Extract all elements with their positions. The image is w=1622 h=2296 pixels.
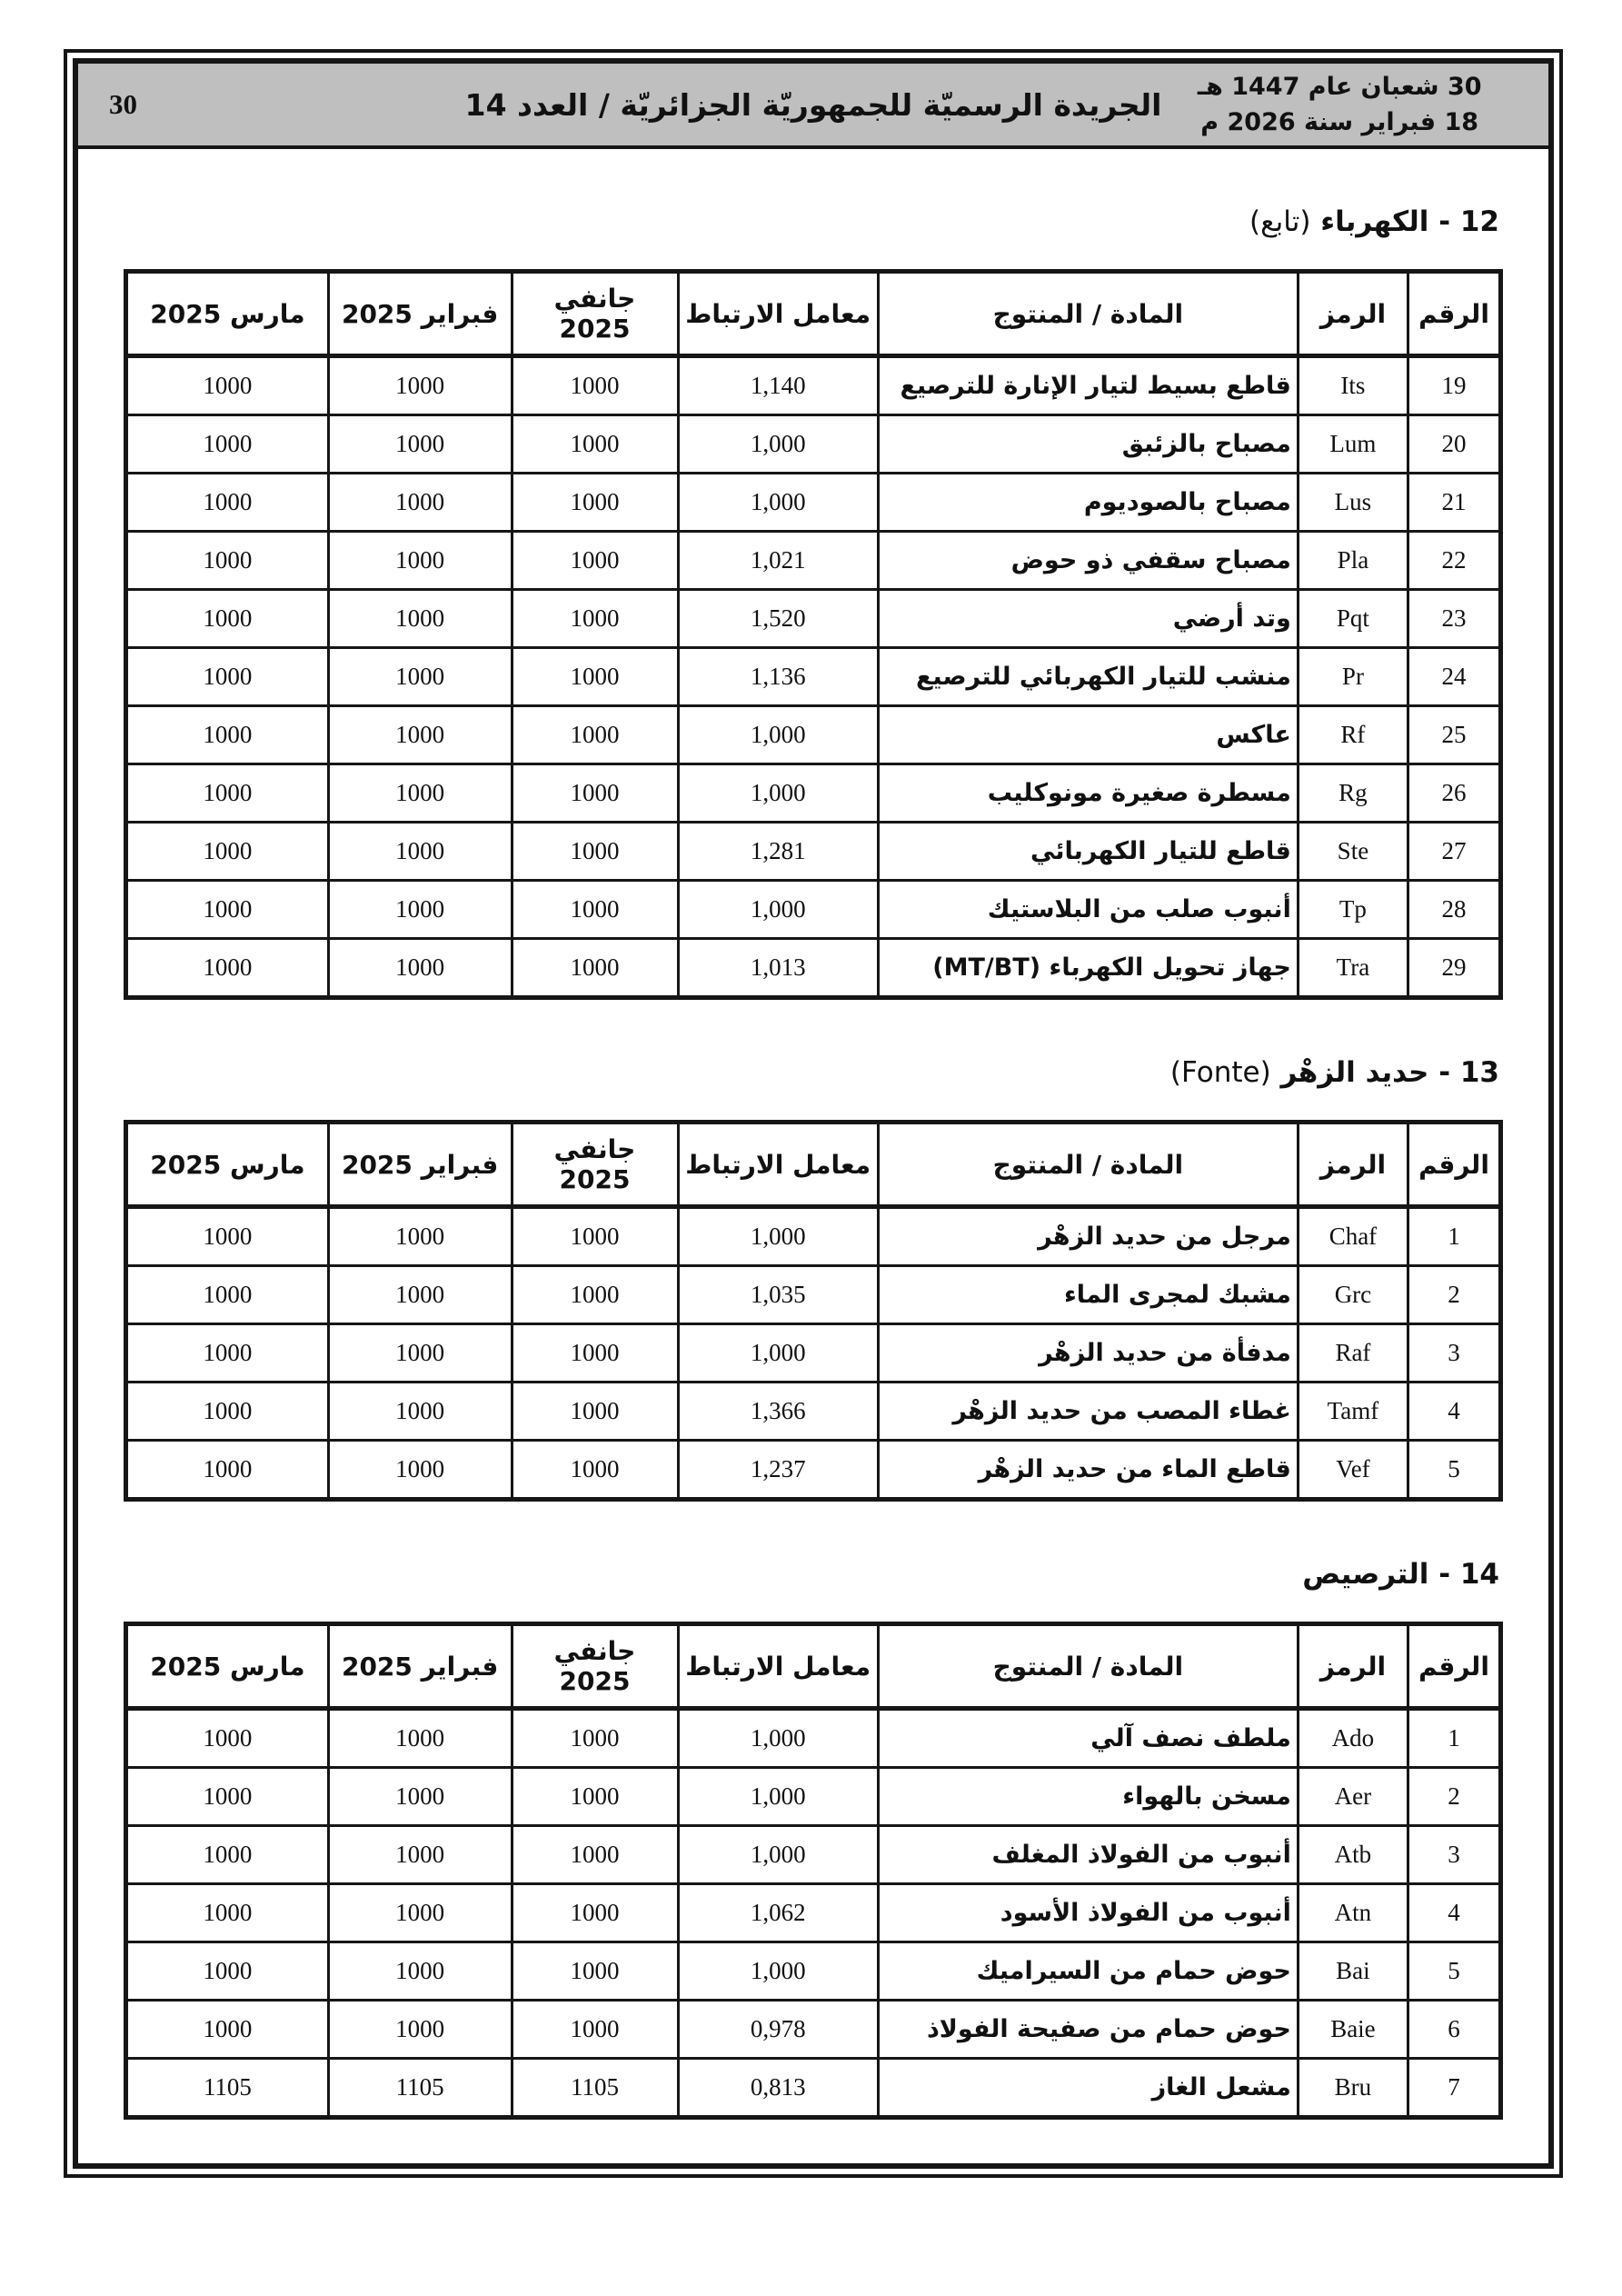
section-number: 14 xyxy=(1460,1558,1499,1591)
cell-month: 1000 xyxy=(512,532,678,590)
cell-month: 1000 xyxy=(328,1266,512,1324)
page-frame-outer: 30 شعبان عام 1447 هـ 18 فبراير سنة 2026 … xyxy=(64,49,1563,2178)
cell-month: 1000 xyxy=(126,1383,329,1441)
cell-num: 25 xyxy=(1408,706,1501,764)
cell-month: 1000 xyxy=(126,474,329,532)
cell-month: 1105 xyxy=(328,2059,512,2118)
cell-num: 2 xyxy=(1408,1266,1501,1324)
table-row: 5Baiحوض حمام من السيراميك1,0001000100010… xyxy=(126,1942,1501,2001)
cell-product: مشعل الغاز xyxy=(878,2059,1298,2118)
table-row: 6Baieحوض حمام من صفيحة الفولاذ0,97810001… xyxy=(126,2001,1501,2059)
cell-num: 1 xyxy=(1408,1207,1501,1266)
cell-month: 1000 xyxy=(126,590,329,648)
cell-month: 1000 xyxy=(126,1768,329,1826)
cell-month: 1000 xyxy=(126,1207,329,1266)
cell-month: 1000 xyxy=(328,1768,512,1826)
section-title-12: 12 - الكهرباء (تابع) xyxy=(124,205,1499,238)
cell-month: 1000 xyxy=(512,356,678,415)
cell-product: قاطع بسيط لتيار الإنارة للترصيع xyxy=(878,356,1298,415)
cell-month: 1000 xyxy=(328,1324,512,1383)
table-row: 3Atbأنبوب من الفولاذ المغلف1,00010001000… xyxy=(126,1826,1501,1884)
cell-num: 3 xyxy=(1408,1826,1501,1884)
col-header-number: الرقم xyxy=(1408,1624,1501,1709)
table-row: 5Vefقاطع الماء من حديد الزهْر1,237100010… xyxy=(126,1441,1501,1500)
table-row: 2Aerمسخن بالهواء1,000100010001000 xyxy=(126,1768,1501,1826)
cell-num: 4 xyxy=(1408,1884,1501,1942)
cell-product: وتد أرضي xyxy=(878,590,1298,648)
cell-coef: 0,813 xyxy=(678,2059,878,2118)
col-header-number: الرقم xyxy=(1408,1123,1501,1207)
col-header-product: المادة / المنتوج xyxy=(878,1624,1298,1709)
table-row: 4Atnأنبوب من الفولاذ الأسود1,06210001000… xyxy=(126,1884,1501,1942)
cell-product: مصباح بالزئبق xyxy=(878,415,1298,474)
table-header-row: الرقم الرمز المادة / المنتوج معامل الارت… xyxy=(126,272,1501,356)
cell-product: مصباح بالصوديوم xyxy=(878,474,1298,532)
cell-coef: 1,000 xyxy=(678,415,878,474)
cell-num: 2 xyxy=(1408,1768,1501,1826)
title-separator: - xyxy=(1428,1056,1459,1089)
table-row: 27Steقاطع للتيار الكهربائي1,281100010001… xyxy=(126,823,1501,881)
cell-month: 1000 xyxy=(328,1826,512,1884)
cell-product: مصباح سقفي ذو حوض xyxy=(878,532,1298,590)
cell-code: Rg xyxy=(1298,764,1408,823)
cell-month: 1000 xyxy=(328,590,512,648)
col-header-coefficient: معامل الارتباط xyxy=(678,1123,878,1207)
cell-month: 1000 xyxy=(126,881,329,939)
cell-product: أنبوب من الفولاذ المغلف xyxy=(878,1826,1298,1884)
section-name: حديد الزهْر xyxy=(1280,1056,1428,1089)
price-table-13: الرقم الرمز المادة / المنتوج معامل الارت… xyxy=(124,1120,1503,1502)
cell-code: Lum xyxy=(1298,415,1408,474)
col-header-march: مارس 2025 xyxy=(126,1624,329,1709)
title-separator: - xyxy=(1428,1558,1459,1591)
cell-month: 1000 xyxy=(512,1207,678,1266)
col-header-product: المادة / المنتوج xyxy=(878,1123,1298,1207)
cell-coef: 1,000 xyxy=(678,1207,878,1266)
table-row: 29Traجهاز تحويل الكهرباء (MT/BT)1,013100… xyxy=(126,939,1501,998)
cell-month: 1000 xyxy=(126,1266,329,1324)
cell-code: Rf xyxy=(1298,706,1408,764)
cell-month: 1000 xyxy=(512,1826,678,1884)
cell-code: Baie xyxy=(1298,2001,1408,2059)
table-row: 22Plaمصباح سقفي ذو حوض1,021100010001000 xyxy=(126,532,1501,590)
section-name: الترصيص xyxy=(1302,1558,1428,1591)
cell-coef: 1,000 xyxy=(678,764,878,823)
cell-code: Lus xyxy=(1298,474,1408,532)
cell-coef: 1,136 xyxy=(678,648,878,706)
cell-code: Pla xyxy=(1298,532,1408,590)
table-header: الرقم الرمز المادة / المنتوج معامل الارت… xyxy=(126,272,1501,356)
cell-month: 1000 xyxy=(512,1709,678,1768)
cell-num: 24 xyxy=(1408,648,1501,706)
cell-code: Its xyxy=(1298,356,1408,415)
cell-month: 1000 xyxy=(126,1324,329,1383)
cell-product: مشبك لمجرى الماء xyxy=(878,1266,1298,1324)
cell-coef: 1,021 xyxy=(678,532,878,590)
cell-month: 1000 xyxy=(126,1826,329,1884)
cell-month: 1000 xyxy=(126,1942,329,2001)
col-header-product: المادة / المنتوج xyxy=(878,272,1298,356)
cell-num: 29 xyxy=(1408,939,1501,998)
cell-code: Grc xyxy=(1298,1266,1408,1324)
cell-month: 1105 xyxy=(512,2059,678,2118)
cell-product: منشب للتيار الكهربائي للترصيع xyxy=(878,648,1298,706)
cell-month: 1000 xyxy=(126,939,329,998)
table-row: 1Adoملطف نصف آلي1,000100010001000 xyxy=(126,1709,1501,1768)
col-header-march: مارس 2025 xyxy=(126,1123,329,1207)
section-number: 13 xyxy=(1460,1056,1499,1089)
cell-month: 1000 xyxy=(328,881,512,939)
cell-month: 1000 xyxy=(328,1709,512,1768)
col-header-march: مارس 2025 xyxy=(126,272,329,356)
cell-coef: 1,281 xyxy=(678,823,878,881)
cell-month: 1000 xyxy=(126,356,329,415)
cell-product: حوض حمام من السيراميك xyxy=(878,1942,1298,2001)
journal-title: الجريدة الرسميّة للجمهوريّة الجزائريّة /… xyxy=(465,87,1162,123)
col-header-code: الرمز xyxy=(1298,272,1408,356)
cell-month: 1000 xyxy=(512,2001,678,2059)
cell-month: 1000 xyxy=(328,648,512,706)
cell-num: 6 xyxy=(1408,2001,1501,2059)
header-dates: 30 شعبان عام 1447 هـ 18 فبراير سنة 2026 … xyxy=(1161,69,1518,140)
cell-num: 3 xyxy=(1408,1324,1501,1383)
col-header-february: فبراير 2025 xyxy=(328,272,512,356)
cell-code: Tamf xyxy=(1298,1383,1408,1441)
cell-coef: 1,000 xyxy=(678,706,878,764)
date-gregorian: 18 فبراير سنة 2026 م xyxy=(1161,105,1518,140)
cell-code: Tp xyxy=(1298,881,1408,939)
cell-month: 1000 xyxy=(512,1768,678,1826)
table-row: 26Rgمسطرة صغيرة مونوكليب1,00010001000100… xyxy=(126,764,1501,823)
cell-coef: 1,062 xyxy=(678,1884,878,1942)
cell-month: 1000 xyxy=(126,532,329,590)
cell-coef: 1,000 xyxy=(678,1826,878,1884)
col-header-number: الرقم xyxy=(1408,272,1501,356)
section-suffix: (تابع) xyxy=(1249,205,1310,238)
table-header: الرقم الرمز المادة / المنتوج معامل الارت… xyxy=(126,1123,1501,1207)
cell-month: 1000 xyxy=(328,939,512,998)
cell-month: 1000 xyxy=(512,474,678,532)
cell-month: 1000 xyxy=(512,1266,678,1324)
cell-coef: 1,013 xyxy=(678,939,878,998)
cell-num: 23 xyxy=(1408,590,1501,648)
cell-num: 20 xyxy=(1408,415,1501,474)
cell-month: 1000 xyxy=(512,415,678,474)
cell-month: 1000 xyxy=(512,823,678,881)
col-header-january: جانفي 2025 xyxy=(512,272,678,356)
cell-num: 5 xyxy=(1408,1441,1501,1500)
cell-coef: 1,000 xyxy=(678,1324,878,1383)
cell-product: ملطف نصف آلي xyxy=(878,1709,1298,1768)
cell-product: أنبوب من الفولاذ الأسود xyxy=(878,1884,1298,1942)
cell-coef: 1,000 xyxy=(678,1768,878,1826)
cell-month: 1000 xyxy=(512,1441,678,1500)
cell-month: 1000 xyxy=(328,1942,512,2001)
col-header-code: الرمز xyxy=(1298,1123,1408,1207)
cell-code: Atb xyxy=(1298,1826,1408,1884)
table-body: 1Chafمرجل من حديد الزهْر1,00010001000100… xyxy=(126,1207,1501,1500)
page-number: 30 xyxy=(109,88,465,121)
cell-code: Pr xyxy=(1298,648,1408,706)
cell-coef: 1,035 xyxy=(678,1266,878,1324)
cell-code: Chaf xyxy=(1298,1207,1408,1266)
cell-month: 1000 xyxy=(328,1441,512,1500)
col-header-code: الرمز xyxy=(1298,1624,1408,1709)
cell-month: 1000 xyxy=(328,706,512,764)
cell-month: 1000 xyxy=(512,590,678,648)
cell-month: 1000 xyxy=(126,1709,329,1768)
cell-month: 1000 xyxy=(328,764,512,823)
cell-month: 1000 xyxy=(512,706,678,764)
page-content: 12 - الكهرباء (تابع) الرقم الرمز المادة … xyxy=(78,205,1548,2120)
cell-month: 1000 xyxy=(328,356,512,415)
cell-product: قاطع الماء من حديد الزهْر xyxy=(878,1441,1298,1500)
cell-code: Raf xyxy=(1298,1324,1408,1383)
cell-month: 1000 xyxy=(126,1441,329,1500)
cell-num: 5 xyxy=(1408,1942,1501,2001)
cell-code: Pqt xyxy=(1298,590,1408,648)
cell-month: 1000 xyxy=(328,823,512,881)
cell-code: Atn xyxy=(1298,1884,1408,1942)
cell-coef: 1,140 xyxy=(678,356,878,415)
cell-month: 1000 xyxy=(512,1942,678,2001)
col-header-january: جانفي 2025 xyxy=(512,1123,678,1207)
cell-product: قاطع للتيار الكهربائي xyxy=(878,823,1298,881)
cell-coef: 1,366 xyxy=(678,1383,878,1441)
cell-coef: 1,237 xyxy=(678,1441,878,1500)
cell-code: Bru xyxy=(1298,2059,1408,2118)
cell-num: 1 xyxy=(1408,1709,1501,1768)
cell-coef: 1,000 xyxy=(678,1942,878,2001)
table-row: 4Tamfغطاء المصب من حديد الزهْر1,36610001… xyxy=(126,1383,1501,1441)
price-table-12: الرقم الرمز المادة / المنتوج معامل الارت… xyxy=(124,269,1503,1000)
section-number: 12 xyxy=(1460,205,1499,238)
table-row: 23Pqtوتد أرضي1,520100010001000 xyxy=(126,590,1501,648)
table-header: الرقم الرمز المادة / المنتوج معامل الارت… xyxy=(126,1624,1501,1709)
cell-code: Bai xyxy=(1298,1942,1408,2001)
cell-month: 1000 xyxy=(512,1884,678,1942)
title-separator: - xyxy=(1428,205,1459,238)
table-row: 19Itsقاطع بسيط لتيار الإنارة للترصيع1,14… xyxy=(126,356,1501,415)
cell-month: 1000 xyxy=(126,2001,329,2059)
cell-coef: 1,000 xyxy=(678,474,878,532)
page-frame-inner: 30 شعبان عام 1447 هـ 18 فبراير سنة 2026 … xyxy=(73,58,1554,2169)
cell-product: عاكس xyxy=(878,706,1298,764)
cell-code: Ste xyxy=(1298,823,1408,881)
col-header-february: فبراير 2025 xyxy=(328,1624,512,1709)
table-body: 19Itsقاطع بسيط لتيار الإنارة للترصيع1,14… xyxy=(126,356,1501,998)
cell-month: 1000 xyxy=(328,1884,512,1942)
cell-month: 1000 xyxy=(126,764,329,823)
cell-month: 1000 xyxy=(512,764,678,823)
table-row: 24Prمنشب للتيار الكهربائي للترصيع1,13610… xyxy=(126,648,1501,706)
cell-month: 1105 xyxy=(126,2059,329,2118)
table-row: 1Chafمرجل من حديد الزهْر1,00010001000100… xyxy=(126,1207,1501,1266)
cell-coef: 1,000 xyxy=(678,881,878,939)
cell-coef: 0,978 xyxy=(678,2001,878,2059)
cell-month: 1000 xyxy=(328,1207,512,1266)
section-title-13: 13 - حديد الزهْر (Fonte) xyxy=(124,1056,1499,1089)
section-name: الكهرباء xyxy=(1320,205,1428,238)
section-suffix: (Fonte) xyxy=(1170,1056,1271,1089)
cell-num: 27 xyxy=(1408,823,1501,881)
cell-product: جهاز تحويل الكهرباء (MT/BT) xyxy=(878,939,1298,998)
cell-coef: 1,520 xyxy=(678,590,878,648)
cell-code: Vef xyxy=(1298,1441,1408,1500)
cell-month: 1000 xyxy=(126,648,329,706)
cell-month: 1000 xyxy=(512,881,678,939)
table-row: 3Rafمدفأة من حديد الزهْر1,00010001000100… xyxy=(126,1324,1501,1383)
cell-month: 1000 xyxy=(328,532,512,590)
cell-code: Tra xyxy=(1298,939,1408,998)
gazette-page: 30 شعبان عام 1447 هـ 18 فبراير سنة 2026 … xyxy=(0,0,1622,2296)
cell-num: 4 xyxy=(1408,1383,1501,1441)
table-row: 21Lusمصباح بالصوديوم1,000100010001000 xyxy=(126,474,1501,532)
section-title-14: 14 - الترصيص xyxy=(124,1558,1499,1591)
table-row: 7Bruمشعل الغاز0,813110511051105 xyxy=(126,2059,1501,2118)
cell-month: 1000 xyxy=(512,648,678,706)
cell-num: 28 xyxy=(1408,881,1501,939)
cell-product: مدفأة من حديد الزهْر xyxy=(878,1324,1298,1383)
price-table-14: الرقم الرمز المادة / المنتوج معامل الارت… xyxy=(124,1622,1503,2120)
cell-code: Ado xyxy=(1298,1709,1408,1768)
cell-coef: 1,000 xyxy=(678,1709,878,1768)
cell-num: 7 xyxy=(1408,2059,1501,2118)
cell-month: 1000 xyxy=(512,939,678,998)
cell-product: غطاء المصب من حديد الزهْر xyxy=(878,1383,1298,1441)
gazette-header-bar: 30 شعبان عام 1447 هـ 18 فبراير سنة 2026 … xyxy=(78,64,1548,149)
cell-num: 26 xyxy=(1408,764,1501,823)
table-header-row: الرقم الرمز المادة / المنتوج معامل الارت… xyxy=(126,1624,1501,1709)
cell-month: 1000 xyxy=(328,415,512,474)
cell-month: 1000 xyxy=(126,1884,329,1942)
table-row: 28Tpأنبوب صلب من البلاستيك1,000100010001… xyxy=(126,881,1501,939)
table-row: 2Grcمشبك لمجرى الماء1,035100010001000 xyxy=(126,1266,1501,1324)
col-header-february: فبراير 2025 xyxy=(328,1123,512,1207)
col-header-coefficient: معامل الارتباط xyxy=(678,272,878,356)
cell-month: 1000 xyxy=(328,2001,512,2059)
table-row: 20Lumمصباح بالزئبق1,000100010001000 xyxy=(126,415,1501,474)
cell-product: حوض حمام من صفيحة الفولاذ xyxy=(878,2001,1298,2059)
table-row: 25Rfعاكس1,000100010001000 xyxy=(126,706,1501,764)
cell-month: 1000 xyxy=(512,1383,678,1441)
cell-code: Aer xyxy=(1298,1768,1408,1826)
cell-num: 19 xyxy=(1408,356,1501,415)
cell-num: 21 xyxy=(1408,474,1501,532)
col-header-january: جانفي 2025 xyxy=(512,1624,678,1709)
cell-product: مسخن بالهواء xyxy=(878,1768,1298,1826)
cell-month: 1000 xyxy=(328,474,512,532)
cell-product: مرجل من حديد الزهْر xyxy=(878,1207,1298,1266)
cell-product: مسطرة صغيرة مونوكليب xyxy=(878,764,1298,823)
cell-num: 22 xyxy=(1408,532,1501,590)
date-hijri: 30 شعبان عام 1447 هـ xyxy=(1161,69,1518,105)
cell-month: 1000 xyxy=(126,415,329,474)
table-header-row: الرقم الرمز المادة / المنتوج معامل الارت… xyxy=(126,1123,1501,1207)
cell-product: أنبوب صلب من البلاستيك xyxy=(878,881,1298,939)
cell-month: 1000 xyxy=(512,1324,678,1383)
cell-month: 1000 xyxy=(328,1383,512,1441)
col-header-coefficient: معامل الارتباط xyxy=(678,1624,878,1709)
cell-month: 1000 xyxy=(126,823,329,881)
table-body: 1Adoملطف نصف آلي1,0001000100010002Aerمسخ… xyxy=(126,1709,1501,2118)
cell-month: 1000 xyxy=(126,706,329,764)
